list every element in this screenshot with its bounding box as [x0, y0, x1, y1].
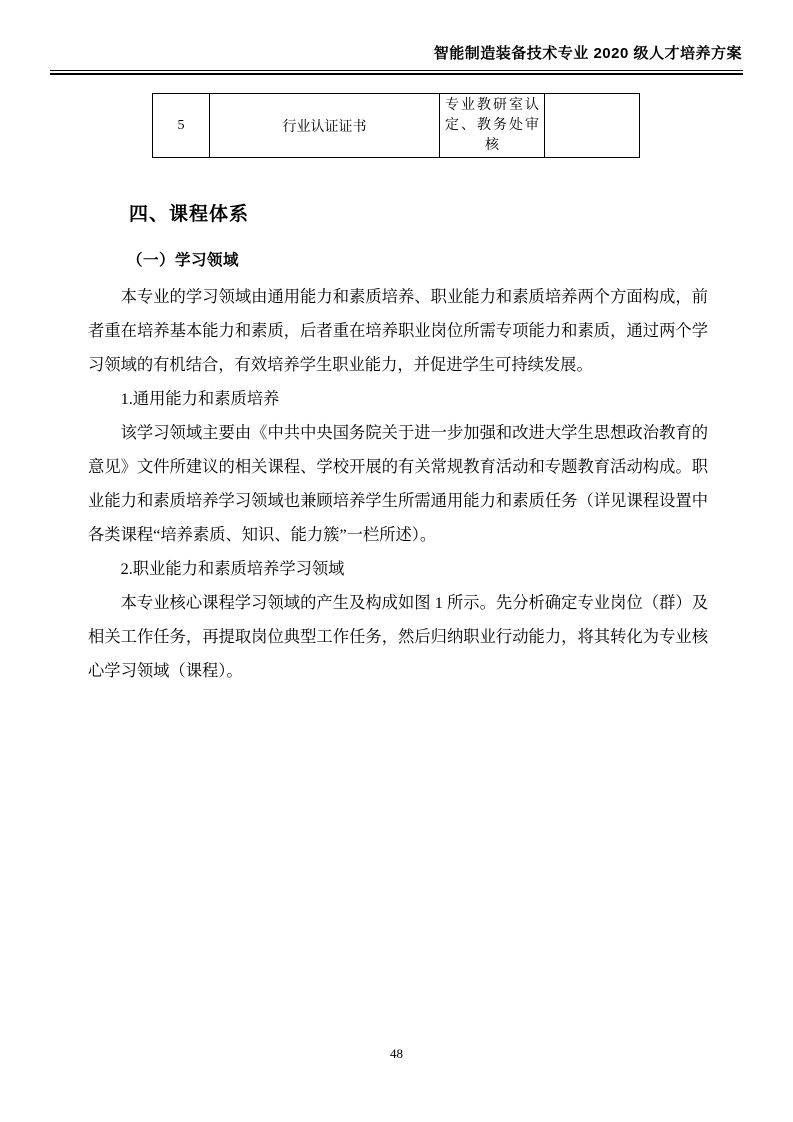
- section-heading: 四、课程体系: [129, 202, 249, 228]
- certificate-table: 5 行业认证证书 专业教研室认定、教务处审核: [152, 93, 640, 158]
- body-text: 本专业的学习领域由通用能力和素质培养、职业能力和素质培养两个方面构成，前者重在培…: [88, 280, 708, 688]
- subsection-heading: （一）学习领域: [127, 250, 239, 272]
- document-page: 智能制造装备技术专业 2020 级人才培养方案 5 行业认证证书 专业教研室认定…: [0, 0, 793, 1122]
- header-rule: [50, 70, 743, 75]
- paragraph-item-1-title: 1.通用能力和素质培养: [88, 382, 708, 416]
- cell-row-number: 5: [153, 94, 210, 158]
- page-number: 48: [0, 1046, 793, 1062]
- cell-certifying-body: 专业教研室认定、教务处审核: [440, 94, 545, 158]
- table-row: 5 行业认证证书 专业教研室认定、教务处审核: [153, 94, 640, 158]
- cell-empty: [545, 94, 640, 158]
- paragraph-item-2-title: 2.职业能力和素质培养学习领域: [88, 552, 708, 586]
- paragraph-item-2-body: 本专业核心课程学习领域的产生及构成如图 1 所示。先分析确定专业岗位（群）及相关…: [88, 586, 708, 688]
- header-title: 智能制造装备技术专业 2020 级人才培养方案: [50, 45, 742, 63]
- cell-certificate-name: 行业认证证书: [210, 94, 440, 158]
- paragraph-item-1-body: 该学习领域主要由《中共中央国务院关于进一步加强和改进大学生思想政治教育的意见》文…: [88, 416, 708, 552]
- paragraph-intro: 本专业的学习领域由通用能力和素质培养、职业能力和素质培养两个方面构成，前者重在培…: [88, 280, 708, 382]
